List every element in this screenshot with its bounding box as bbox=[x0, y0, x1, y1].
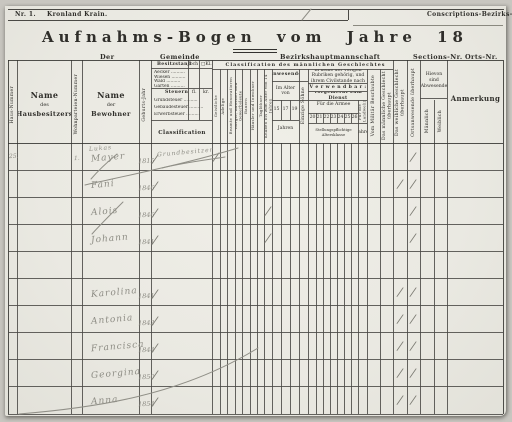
title-flourish bbox=[233, 49, 277, 53]
conscription-label: Conscriptions-Bezirks-Nr. bbox=[427, 11, 512, 18]
age-header: 17 bbox=[281, 100, 290, 120]
vormerk-dienst: Vorgemerkt zum Dienst bbox=[309, 92, 367, 99]
grid-line bbox=[380, 69, 381, 414]
anmerkung-label: Anmerkung bbox=[448, 91, 503, 105]
grid-line bbox=[272, 100, 308, 101]
grid-line bbox=[393, 60, 394, 414]
year-tally: / bbox=[152, 179, 158, 193]
resident-name: Alois bbox=[91, 206, 119, 218]
grid-line bbox=[420, 60, 421, 414]
col-occupation: Geistliche bbox=[212, 69, 220, 143]
grid-line bbox=[308, 83, 367, 84]
tally-mark: / bbox=[265, 231, 271, 245]
col-occupation: Bauern bbox=[242, 69, 250, 143]
grid-line bbox=[344, 113, 345, 123]
grid-line bbox=[316, 113, 317, 123]
col-haus-nummer: Haus-Nummer bbox=[9, 62, 17, 147]
resident-name: Antonia bbox=[91, 313, 134, 327]
grid-line bbox=[8, 359, 503, 360]
tally-mark: / bbox=[397, 339, 403, 353]
armee-footer: Stellungspflichtige Altersklasse bbox=[309, 123, 358, 143]
grid-line bbox=[8, 224, 503, 225]
age-header: 15 bbox=[272, 100, 281, 120]
tally-mark: / bbox=[410, 204, 416, 218]
grid-line bbox=[8, 143, 503, 144]
pencil-slash bbox=[302, 9, 311, 20]
col-weiblich-total: Das weibliche Geschlecht überhaupt bbox=[394, 62, 407, 143]
col-wohnpartei: Wohnparteien-Nummer bbox=[71, 62, 82, 147]
tally-mark: / bbox=[397, 366, 403, 380]
grid-line bbox=[8, 60, 503, 61]
grid-line bbox=[351, 113, 352, 123]
grid-line bbox=[188, 60, 189, 120]
grid-line bbox=[242, 69, 243, 414]
tally-mark: / bbox=[410, 285, 416, 299]
year-tally: / bbox=[152, 233, 158, 247]
age-header: 26 bbox=[351, 113, 358, 123]
classification-note: Grundbesitzer bbox=[157, 147, 214, 159]
year-tally: / bbox=[152, 368, 158, 382]
grid-line bbox=[17, 60, 18, 414]
grid-line bbox=[8, 414, 503, 415]
besitz-joch: Joch bbox=[188, 62, 198, 68]
grid-line bbox=[8, 386, 503, 387]
grid-line bbox=[8, 305, 503, 306]
besitz-title: Besitzstand bbox=[157, 62, 192, 68]
age-header: 22 bbox=[323, 113, 330, 123]
grid-line bbox=[8, 332, 503, 333]
leader-row: Grundsteuer .......... bbox=[154, 98, 210, 103]
grid-line bbox=[434, 100, 435, 414]
grid-line bbox=[272, 120, 299, 121]
classification-label: Classification bbox=[152, 122, 212, 143]
page-title: Aufnahms-Bogen vom Jahre 18 bbox=[5, 28, 505, 46]
top-rule bbox=[8, 9, 504, 10]
kronland-label: Kronland Krain. bbox=[47, 11, 108, 18]
steuern-fl: fl. bbox=[192, 90, 197, 96]
tally-mark: / bbox=[397, 312, 403, 326]
grid-line bbox=[250, 69, 251, 414]
leader-row: Erwerbsteuer .......... bbox=[154, 112, 210, 117]
grid-line bbox=[82, 60, 83, 414]
grid-line bbox=[407, 60, 408, 414]
year-tally: / bbox=[152, 341, 158, 355]
grid-line bbox=[272, 81, 308, 82]
tally-mark: / bbox=[410, 393, 416, 407]
age-header: 19 bbox=[290, 100, 299, 120]
resident-forename: Lukas bbox=[89, 144, 113, 153]
armee-label: Für die Armee bbox=[309, 100, 358, 110]
grid-line bbox=[281, 100, 282, 120]
grid-line bbox=[290, 100, 291, 120]
age-header: 23 bbox=[330, 113, 337, 123]
year-tally: / bbox=[152, 287, 158, 301]
vormerk-verwendbar: V e r w e n d b a r : bbox=[309, 84, 367, 91]
col-bis14: Knaben bis zum Alter von 14 Jahren bbox=[264, 69, 272, 143]
grid-line bbox=[151, 88, 212, 89]
grid-line bbox=[139, 60, 140, 414]
anwesende-alter: Im Alter von bbox=[272, 82, 299, 100]
grid-line bbox=[8, 60, 9, 414]
grid-line bbox=[227, 69, 228, 414]
tally-mark: / bbox=[410, 366, 416, 380]
grid-line bbox=[308, 113, 358, 114]
col-abwesende-w: Weiblich bbox=[434, 100, 447, 143]
grid-line bbox=[212, 69, 393, 70]
grid-line bbox=[420, 98, 447, 99]
grid-line bbox=[8, 278, 503, 279]
tally-mark: / bbox=[410, 231, 416, 245]
leader-row: Gebäudesteuer .......... bbox=[154, 105, 210, 110]
resident-name: Johann bbox=[91, 232, 130, 245]
grid-line bbox=[257, 69, 258, 414]
year-tally: / bbox=[152, 314, 158, 328]
tally-mark: / bbox=[397, 393, 403, 407]
col-hausbesitzer: Name des Hausbesitzers bbox=[18, 66, 71, 141]
grid-line bbox=[337, 113, 338, 123]
anwesende-label: Anwesende bbox=[272, 69, 299, 81]
col-occupation: Beamte und Honoratioren bbox=[227, 69, 235, 143]
tally-mark: / bbox=[410, 312, 416, 326]
grid-line bbox=[299, 69, 300, 414]
vormerk-rubrik: In keine der vorigen Rubriken gehörig, u… bbox=[309, 69, 367, 83]
steuern-kr: kr. bbox=[203, 90, 209, 96]
resident-name: Francisca bbox=[91, 340, 145, 355]
grid-line bbox=[308, 123, 367, 124]
male-class-title: Classification des männlichen Geschlecht… bbox=[213, 61, 398, 69]
tally-mark: / bbox=[410, 339, 416, 353]
grid-line bbox=[8, 251, 503, 252]
grid-line bbox=[220, 69, 221, 414]
grid-line bbox=[330, 113, 331, 123]
grid-line bbox=[367, 69, 368, 414]
col-ortsanwesende: Ortsanwesende überhaupt bbox=[407, 62, 420, 143]
abwesende-label: Hievon sind Abwesende bbox=[421, 64, 447, 98]
tally-mark: / bbox=[397, 177, 403, 191]
grid-line bbox=[235, 69, 236, 414]
wohnpartei-number: 1. bbox=[74, 155, 80, 162]
grid-line bbox=[308, 69, 309, 414]
resident-name: Anna bbox=[91, 395, 119, 407]
resident-name: Fani bbox=[91, 179, 115, 191]
age-header: 24 bbox=[337, 113, 344, 123]
grid-line bbox=[71, 60, 72, 414]
age-header: 21 bbox=[316, 113, 323, 123]
grid-line bbox=[151, 120, 212, 121]
divider bbox=[348, 9, 349, 20]
fill-line bbox=[353, 25, 503, 26]
col-bewohner: Name der Bewohner bbox=[83, 66, 139, 141]
age-header: 20 bbox=[309, 113, 316, 123]
grid-line bbox=[503, 60, 504, 414]
form-number: Nr. 1. bbox=[15, 11, 36, 18]
grid-line bbox=[358, 100, 359, 414]
col-maennlich-total: Das männliche Geschlecht überhaupt bbox=[381, 69, 393, 143]
col-geburtsjahr: Geburts-Jahr bbox=[139, 62, 151, 147]
landwehr-footer: Jahre bbox=[358, 123, 367, 143]
col-abwesende-m: Männlich bbox=[421, 100, 434, 143]
grid-line bbox=[8, 197, 503, 198]
tally-mark: / bbox=[410, 177, 416, 191]
tally-mark: / bbox=[213, 150, 219, 164]
year-tally: / bbox=[152, 206, 158, 220]
house-number: 25. bbox=[9, 153, 19, 160]
tally-mark: / bbox=[397, 285, 403, 299]
year-tally: / bbox=[152, 395, 158, 409]
landwehr-label: Für die Landwehr bbox=[358, 100, 367, 123]
grid-line bbox=[212, 60, 213, 414]
resident-name: Karolina bbox=[91, 286, 138, 300]
grid-line bbox=[199, 60, 200, 120]
paper-sheet: Nr. 1. Kronland Krain. Conscriptions-Bez… bbox=[5, 6, 506, 416]
grid-line bbox=[151, 68, 212, 69]
grid-line bbox=[447, 60, 448, 414]
besitz-klafter: □Kl. bbox=[201, 62, 212, 68]
grid-line bbox=[8, 170, 503, 171]
scanned-form-screenshot: Nr. 1. Kronland Krain. Conscriptions-Bez… bbox=[0, 0, 512, 422]
tally-mark: / bbox=[265, 204, 271, 218]
grid-line bbox=[308, 100, 367, 101]
grid-line bbox=[323, 113, 324, 123]
divider bbox=[8, 20, 348, 21]
resident-name: Georgina bbox=[91, 367, 142, 381]
tally-mark: / bbox=[410, 150, 416, 164]
col-beurlaubte: Vom Militär Beurlaubte bbox=[368, 69, 380, 143]
resident-name: Mayer bbox=[91, 152, 126, 165]
anwesende-footer: Jahren bbox=[272, 118, 299, 140]
age-header: 25 bbox=[344, 113, 351, 123]
grid-line bbox=[308, 91, 367, 92]
steuern-title: Steuern bbox=[165, 90, 188, 96]
